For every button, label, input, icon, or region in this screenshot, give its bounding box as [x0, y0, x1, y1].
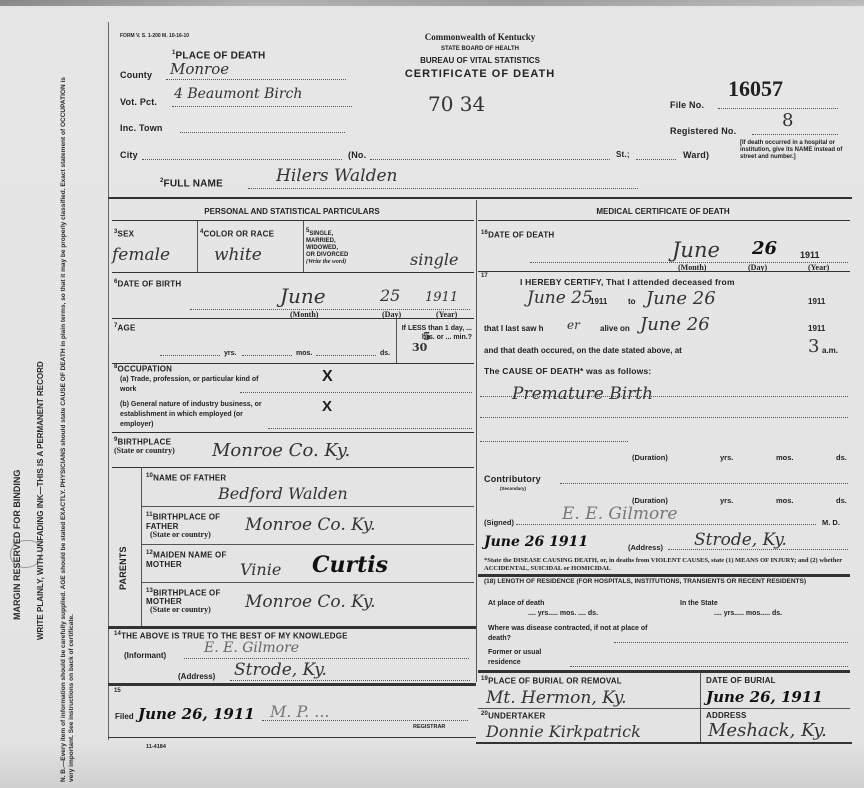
death-occurred-text: and that death occured, on the date stat…: [484, 346, 682, 355]
md-label: M. D.: [822, 518, 840, 527]
dob-month: June: [280, 284, 326, 308]
cause-value[interactable]: Premature Birth: [512, 384, 653, 404]
divider: [112, 220, 474, 221]
full-name-field[interactable]: Hilers Walden: [248, 176, 638, 189]
divider: [478, 271, 850, 272]
divider: [478, 220, 850, 221]
father-name-label: 10NAME OF FATHER: [146, 472, 226, 483]
undertaker-address-label: ADDRESS: [706, 711, 747, 720]
duration-mos-2: mos.: [776, 496, 794, 505]
father-birthplace-value[interactable]: Monroe Co. Ky.: [245, 515, 376, 535]
mother-birthplace-label: 13BIRTHPLACE OF MOTHER: [146, 587, 222, 606]
race-label: 4COLOR OR RACE: [200, 229, 274, 239]
county-label: County: [120, 70, 152, 80]
divider: [700, 672, 701, 742]
where-contracted-field[interactable]: [614, 638, 848, 643]
age-mos-field[interactable]: [242, 349, 292, 356]
margin-ink-note: WRITE PLAINLY, WITH UNFADING INK—THIS IS…: [36, 361, 45, 640]
board-heading: STATE BOARD OF HEALTH: [380, 46, 580, 52]
birthplace-value[interactable]: Monroe Co. Ky.: [212, 440, 350, 461]
filed-label: Filed: [115, 712, 134, 721]
divider: [476, 742, 852, 744]
undertaker-address-value[interactable]: Meshack, Ky.: [708, 720, 827, 741]
last-saw-prefix: that I last saw h: [484, 324, 544, 333]
in-state-yrs[interactable]: .... yrs..... mos..... ds.: [714, 610, 782, 617]
registrar-field[interactable]: [262, 716, 468, 721]
occupation-b-value: X: [322, 398, 332, 415]
signed-label: (Signed): [484, 518, 514, 527]
divider: [478, 574, 850, 577]
medical-heading: MEDICAL CERTIFICATE OF DEATH: [478, 207, 848, 216]
city-field[interactable]: [142, 147, 342, 160]
dob-day: 25: [380, 286, 400, 305]
bottom-code: 11-4184: [146, 744, 166, 750]
alive-on-label: alive on: [600, 324, 630, 333]
cause-line-2[interactable]: [480, 413, 848, 418]
sex-label: 3SEX: [114, 229, 134, 239]
divider: [142, 506, 474, 507]
inc-town-label: Inc. Town: [120, 123, 163, 133]
occupation-a-field[interactable]: [240, 386, 472, 393]
death-time[interactable]: 3: [808, 336, 819, 357]
signed-address-value: Strode, Ky.: [694, 530, 787, 550]
divider: [108, 683, 476, 686]
former-residence-label: Former or usual residence: [488, 648, 568, 668]
at-place-label: At place of death: [488, 598, 548, 610]
dod-day: 26: [752, 238, 777, 259]
divider: [142, 582, 474, 583]
less-than-day-label: If LESS than 1 day, ... hrs. or ... min.…: [400, 324, 472, 342]
age-ds-field[interactable]: [316, 349, 376, 356]
divider: [108, 197, 852, 199]
registrar-label: REGISTRAR: [413, 724, 445, 730]
age-yrs-field[interactable]: [160, 349, 220, 356]
street-no-field[interactable]: [370, 147, 610, 160]
divider: [108, 737, 476, 738]
attended-to-year: 1911: [808, 297, 825, 306]
dod-month: June: [672, 238, 720, 262]
inc-town-field[interactable]: [180, 120, 345, 133]
duration-label: (Duration): [632, 453, 668, 462]
attended-from[interactable]: June 25: [527, 288, 593, 308]
duration-mos: mos.: [776, 453, 794, 462]
divider: [112, 467, 474, 468]
cause-footnote: *State the DISEASE CAUSING DEATH, or, in…: [484, 557, 848, 573]
undertaker-label: 20UNDERTAKER: [481, 711, 545, 721]
mother-maiden-label: 12MAIDEN NAME OF MOTHER: [146, 549, 236, 569]
mother-birthplace-hint: (State or country): [150, 605, 211, 614]
handwritten-number: 70 34: [428, 92, 485, 116]
informant-address-label: (Address): [178, 672, 215, 681]
father-name-value[interactable]: Bedford Walden: [218, 484, 348, 503]
race-value[interactable]: white: [214, 245, 262, 265]
signed-value: E. E. Gilmore: [562, 504, 677, 524]
certificate-title: CERTIFICATE OF DEATH: [370, 68, 590, 80]
informant-field[interactable]: E. E. Gilmore: [184, 650, 469, 659]
cause-line-3[interactable]: [480, 437, 628, 442]
less-than-min-value: 30: [412, 341, 427, 354]
mother-birthplace-value[interactable]: Monroe Co. Ky.: [245, 592, 376, 612]
field-number-17: 17: [481, 273, 488, 279]
at-place-yrs[interactable]: .... yrs..... mos. .... ds.: [528, 610, 598, 617]
contributory-field[interactable]: [560, 477, 848, 484]
occupation-a-value: X: [322, 368, 333, 386]
mother-maiden-last[interactable]: Curtis: [312, 552, 388, 578]
divider: [197, 221, 198, 273]
filed-date[interactable]: June 26, 1911: [138, 705, 255, 723]
divider: [112, 272, 474, 273]
certify-text: I HEREBY CERTIFY, That I attended deceas…: [520, 277, 735, 287]
dob-label: 6DATE OF BIRTH: [114, 279, 181, 289]
duration-ds-2: ds.: [836, 496, 847, 505]
last-saw-pronoun[interactable]: er: [567, 318, 580, 332]
duration-yrs-2: yrs.: [720, 496, 733, 505]
mother-maiden-first[interactable]: Vinie: [240, 560, 281, 579]
full-name-label: 2FULL NAME: [160, 178, 223, 189]
occupation-b-field[interactable]: [268, 422, 472, 429]
occupation-label: 8OCCUPATION: [114, 364, 172, 374]
mos-label: mos.: [296, 350, 312, 357]
divider: [396, 319, 397, 363]
divider: [303, 221, 304, 273]
column-divider: [476, 200, 477, 682]
divider: [112, 318, 474, 319]
undertaker-value[interactable]: Donnie Kirkpatrick: [486, 722, 641, 741]
father-birthplace-hint: (State or country): [150, 530, 211, 539]
occupation-a-label: (a) Trade, profession, or particular kin…: [120, 375, 260, 395]
registered-no-field[interactable]: 8: [752, 122, 838, 135]
residence-heading: (18) LENGTH OF RESIDENCE (FOR HOSPITALS,…: [484, 578, 848, 586]
street-no-label: (No.: [348, 150, 366, 160]
divider: [108, 626, 476, 629]
age-label: 7AGE: [114, 323, 135, 333]
sex-value[interactable]: female: [112, 245, 170, 265]
dob-year: 1911: [425, 290, 458, 305]
margin-instructions: N. B.—Every item of information should b…: [60, 62, 76, 782]
burial-place-label: 19PLACE OF BURIAL OR REMOVAL: [481, 676, 622, 686]
attended-from-year: 1911: [590, 297, 607, 306]
personal-heading: PERSONAL AND STATISTICAL PARTICULARS: [112, 207, 472, 216]
divider: [478, 708, 850, 709]
parents-label: PARENTS: [118, 546, 128, 590]
scan-edge: [0, 0, 864, 6]
birthplace-hint: (State or country): [114, 446, 175, 455]
vot-pct-field[interactable]: 4 Beaumont Birch: [172, 94, 352, 107]
cause-label: The CAUSE OF DEATH* was as follows:: [484, 366, 651, 376]
to-label: to: [628, 297, 636, 306]
burial-date-label: DATE OF BURIAL: [706, 676, 776, 685]
marital-value[interactable]: single: [410, 250, 458, 269]
duration-ds: ds.: [836, 453, 847, 462]
yrs-label: yrs.: [224, 350, 236, 357]
city-label: City: [120, 150, 138, 160]
informant-label: (Informant): [124, 651, 166, 660]
ward-label: Ward): [683, 150, 709, 160]
attended-to[interactable]: June 26: [646, 288, 716, 309]
vot-pct-label: Vot. Pct.: [120, 97, 157, 107]
divider: [478, 670, 850, 673]
signed-date[interactable]: June 26 1911: [484, 534, 588, 550]
occupation-b-label: (b) General nature of industry business,…: [120, 400, 270, 430]
marital-label: 5SINGLE, MARRIED, WIDOWED, OR DIVORCED (…: [306, 228, 348, 266]
duration-yrs: yrs.: [720, 453, 733, 462]
divider: [142, 544, 474, 545]
county-field[interactable]: Monroe: [166, 66, 346, 80]
street-label: St.;: [616, 150, 630, 159]
file-no-label: File No.: [670, 100, 704, 110]
divider: [112, 432, 474, 433]
form-code: FORM V. S. 1-200 M. 10-16-10: [120, 33, 189, 39]
ward-field[interactable]: [636, 147, 676, 160]
file-no-field[interactable]: 16057: [718, 96, 838, 109]
informant-address-field[interactable]: Strode, Ky.: [230, 672, 470, 681]
divider: [141, 467, 142, 627]
death-time-suffix: a.m.: [822, 346, 838, 355]
bureau-heading: BUREAU OF VITAL STATISTICS: [380, 56, 580, 65]
hospital-note: [If death occurred in a hospital or inst…: [740, 140, 848, 161]
burial-date-value[interactable]: June 26, 1911: [706, 688, 823, 706]
ds-label: ds.: [380, 350, 390, 357]
burial-place-value[interactable]: Mt. Hermon, Ky.: [486, 688, 627, 708]
last-saw-year: 1911: [808, 324, 825, 333]
field-number-15: 15: [114, 688, 121, 694]
former-residence-field[interactable]: [570, 662, 848, 667]
secondary-label: (Secondary): [500, 486, 526, 491]
signed-address-label: (Address): [628, 543, 663, 552]
contributory-label: Contributory: [484, 474, 541, 484]
commonwealth-heading: Commonwealth of Kentucky: [380, 32, 580, 42]
in-state-label: In the State: [680, 598, 720, 610]
last-saw-date[interactable]: June 26: [640, 314, 710, 335]
father-birthplace-label: 11BIRTHPLACE OF FATHER: [146, 511, 222, 531]
date-of-death-label: 16DATE OF DEATH: [481, 230, 554, 240]
registered-no-label: Registered No.: [670, 126, 736, 136]
dod-year: 1911: [800, 250, 820, 260]
ink-blot: [10, 540, 42, 568]
